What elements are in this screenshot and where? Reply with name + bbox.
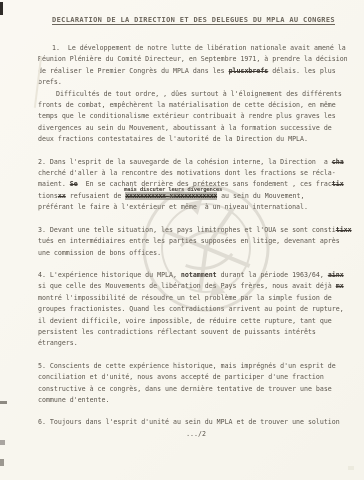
text-line: 3. Devant une telle situation, les pays …: [38, 225, 354, 236]
scan-artifact-speck: [348, 466, 354, 470]
text-line: de réaliser le Premier Congrès du MPLA d…: [38, 66, 354, 77]
text-line: deux fractions contestataires de l'autor…: [38, 134, 354, 145]
text-line: brefs.: [38, 77, 354, 88]
text-line: Difficultés de tout ordre, , dûes surtou…: [38, 89, 354, 100]
scan-artifact-edge-mark: [0, 459, 4, 466]
scan-artifact-edge-mark: [0, 440, 5, 445]
text-line: constructive à ce congrès, dans une dern…: [38, 384, 354, 395]
scan-artifact-corner-mark: [0, 2, 3, 15]
text-line: montré l'impossibilité de résoudre un te…: [38, 293, 354, 304]
text-line: cherché d'aller à la rencontre des motiv…: [38, 168, 354, 179]
text-line: une commission de bons offices.: [38, 248, 354, 259]
text-line: étrangers.: [38, 338, 354, 349]
crossed-out-text: Se: [70, 180, 78, 188]
text-line: 2. Dans l'esprit de la sauvegarde de la …: [38, 157, 354, 168]
text-line: 4. L'expérience historique du MPLA, nota…: [38, 270, 354, 281]
crossed-out-text: mx: [336, 282, 344, 290]
text-line: commune d'entente.: [38, 395, 354, 406]
crossed-out-text: ainx: [328, 271, 344, 279]
text-line: groupes fractionistes. Quand les contrad…: [38, 304, 354, 315]
text-line: Réunion Plénière du Comité Directeur, en…: [38, 54, 354, 65]
paragraph-5: 5. Conscients de cette expérience histor…: [38, 361, 354, 407]
crossed-out-text: tix: [332, 180, 344, 188]
text-line: il devient difficile, voire impossible, …: [38, 316, 354, 327]
text-line: préférant le faire à l'extérieur et même…: [38, 202, 354, 213]
document-body: 1. Le développement de notre lutte de li…: [38, 43, 354, 451]
bold-text: notamment: [181, 271, 217, 279]
text-line: persistent les contradictions réflectant…: [38, 327, 354, 338]
page-continuation-mark: .../2: [38, 429, 354, 440]
interlined-correction: mais discuter leurs divergences: [124, 185, 222, 196]
text-line-with-insertion: tionsxx refusaient de xxxxxxxxxxx xxxxxx…: [38, 191, 354, 202]
paragraph-1-continued: Difficultés de tout ordre, , dûes surtou…: [38, 89, 354, 146]
document-title: DECLARATION DE LA DIRECTION ET DES DELEG…: [52, 16, 352, 24]
text-line: divergences au sein du Mouvement, abouti…: [38, 123, 354, 134]
text-line: 6. Toujours dans l'esprit d'unité au sei…: [38, 417, 354, 428]
paragraph-4: 4. L'expérience historique du MPLA, nota…: [38, 270, 354, 350]
paragraph-2: 2. Dans l'esprit de la sauvegarde de la …: [38, 157, 354, 214]
text-line: conciliation et d'unité, nous avons acce…: [38, 372, 354, 383]
paragraph-1: 1. Le développement de notre lutte de li…: [38, 43, 354, 89]
text-line: 1. Le développement de notre lutte de li…: [38, 43, 354, 54]
scan-artifact-edge-mark: [0, 401, 7, 404]
text-line: fronts de combat, empêchèrent la matéria…: [38, 100, 354, 111]
crossed-out-text: cha: [332, 158, 344, 166]
text-line: si que celle des Mouvements de libératio…: [38, 281, 354, 292]
paragraph-3: 3. Devant une telle situation, les pays …: [38, 225, 354, 259]
text-line: tués en intermédiaires entre les parties…: [38, 236, 354, 247]
text-line: 5. Conscients de cette expérience histor…: [38, 361, 354, 372]
paragraph-6: 6. Toujours dans l'esprit d'unité au sei…: [38, 417, 354, 440]
crossed-out-text: tixx: [336, 226, 352, 234]
document-page: DECLARATION DE LA DIRECTION ET DES DELEG…: [0, 0, 364, 480]
crossed-out-text: plusxbrefs: [229, 67, 269, 75]
text-line: temps que le conditionalisme extérieur c…: [38, 111, 354, 122]
crossed-out-text: xx: [58, 192, 66, 200]
